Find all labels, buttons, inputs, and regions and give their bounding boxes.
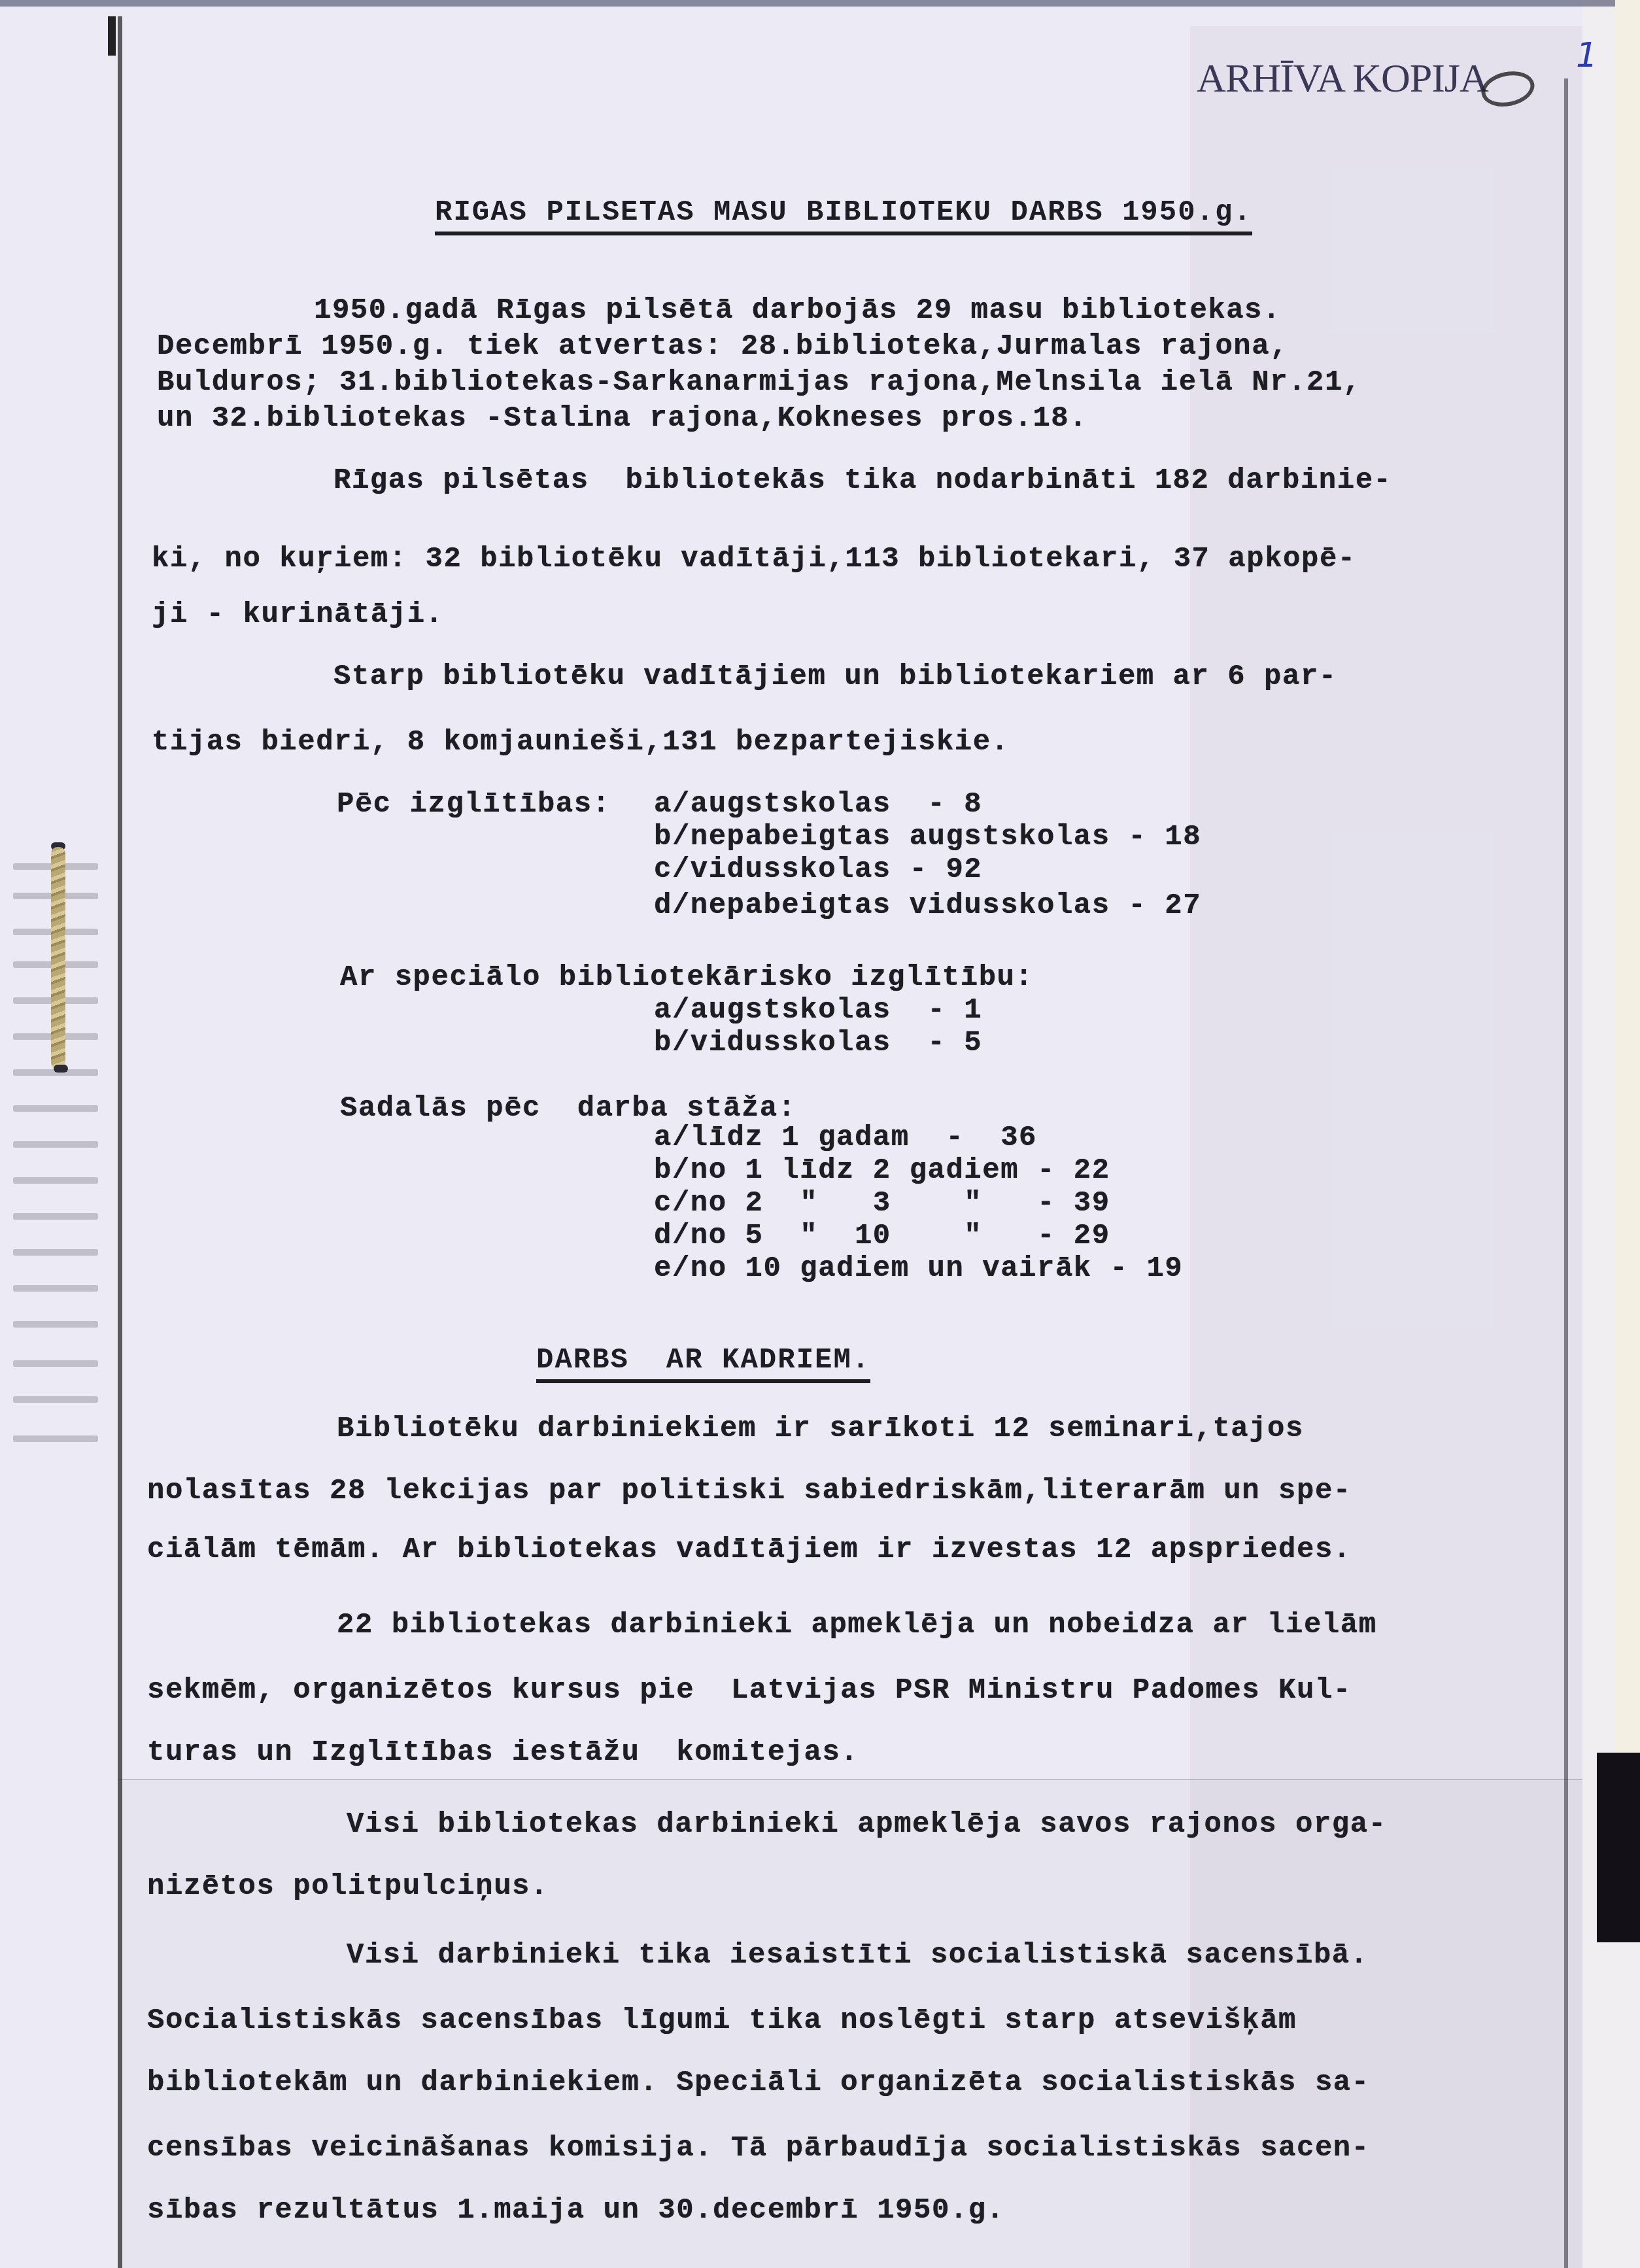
competition-line: bibliotekām un darbiniekiem. Speciāli or… (147, 2067, 1370, 2099)
education-item: a/augstskolas - 8 (654, 788, 982, 821)
seminars-line: nolasītas 28 lekcijas par politiski sabi… (147, 1475, 1352, 1507)
competition-line: Visi darbinieki tika iesaistīti socialis… (347, 1939, 1369, 1972)
typewritten-document: RIGAS PILSETAS MASU BIBLIOTEKU DARBS 195… (0, 0, 1640, 2268)
seminars-line: Bibliotēku darbiniekiem ir sarīkoti 12 s… (337, 1413, 1304, 1445)
courses-line: turas un Izglītības iestāžu komitejas. (147, 1736, 859, 1769)
special-education-item: a/augstskolas - 1 (654, 994, 982, 1027)
party-line: Starp bibliotēku vadītājiem un bibliotek… (333, 661, 1337, 693)
education-label: Pēc izglītības: (337, 788, 611, 821)
staff-line: ki, no kuŗiem: 32 bibliotēku vadītāji,11… (152, 543, 1356, 576)
courses-line: sekmēm, organizētos kursus pie Latvijas … (147, 1674, 1352, 1707)
courses-line: 22 bibliotekas darbinieki apmeklēja un n… (337, 1609, 1377, 1641)
seniority-item: b/no 1 līdz 2 gadiem - 22 (654, 1154, 1110, 1187)
seniority-item: e/no 10 gadiem un vairāk - 19 (654, 1252, 1183, 1285)
intro-line: 1950.gadā Rīgas pilsētā darbojās 29 masu… (314, 294, 1281, 327)
seniority-label: Sadalās pēc darba stāža: (340, 1092, 796, 1125)
education-item: b/nepabeigtas augstskolas - 18 (654, 821, 1201, 853)
politcircles-line: Visi bibliotekas darbinieki apmeklēja sa… (347, 1808, 1387, 1841)
competition-line: censības veicināšanas komisija. Tā pārba… (147, 2132, 1370, 2165)
intro-line: un 32.bibliotekas -Stalina rajona,Koknes… (157, 402, 1087, 435)
document-title: RIGAS PILSETAS MASU BIBLIOTEKU DARBS 195… (435, 196, 1252, 235)
staff-line: Rīgas pilsētas bibliotekās tika nodarbin… (333, 464, 1392, 497)
education-item: d/nepabeigtas vidusskolas - 27 (654, 889, 1201, 922)
section-title-cadres: DARBS AR KADRIEM. (536, 1344, 870, 1383)
intro-line: Decembrī 1950.g. tiek atvertas: 28.bibli… (157, 330, 1288, 363)
competition-line: Socialistiskās sacensības līgumi tika no… (147, 2004, 1297, 2037)
competition-line: sības rezultātus 1.maija un 30.decembrī … (147, 2194, 1005, 2227)
special-education-label: Ar speciālo bibliotekārisko izglītību: (340, 961, 1033, 994)
special-education-item: b/vidusskolas - 5 (654, 1027, 982, 1059)
seniority-item: d/no 5 " 10 " - 29 (654, 1220, 1110, 1252)
seniority-item: c/no 2 " 3 " - 39 (654, 1187, 1110, 1220)
seniority-item: a/līdz 1 gadam - 36 (654, 1122, 1037, 1154)
party-line: tijas biedri, 8 komjaunieši,131 bezparte… (152, 726, 1010, 759)
intro-line: Bulduros; 31.bibliotekas-Sarkanarmijas r… (157, 366, 1361, 399)
education-item: c/vidusskolas - 92 (654, 853, 982, 886)
seminars-line: ciālām tēmām. Ar bibliotekas vadītājiem … (147, 1534, 1352, 1566)
politcircles-line: nizētos politpulciņus. (147, 1870, 549, 1903)
staff-line: ji - kurinātāji. (152, 598, 443, 631)
